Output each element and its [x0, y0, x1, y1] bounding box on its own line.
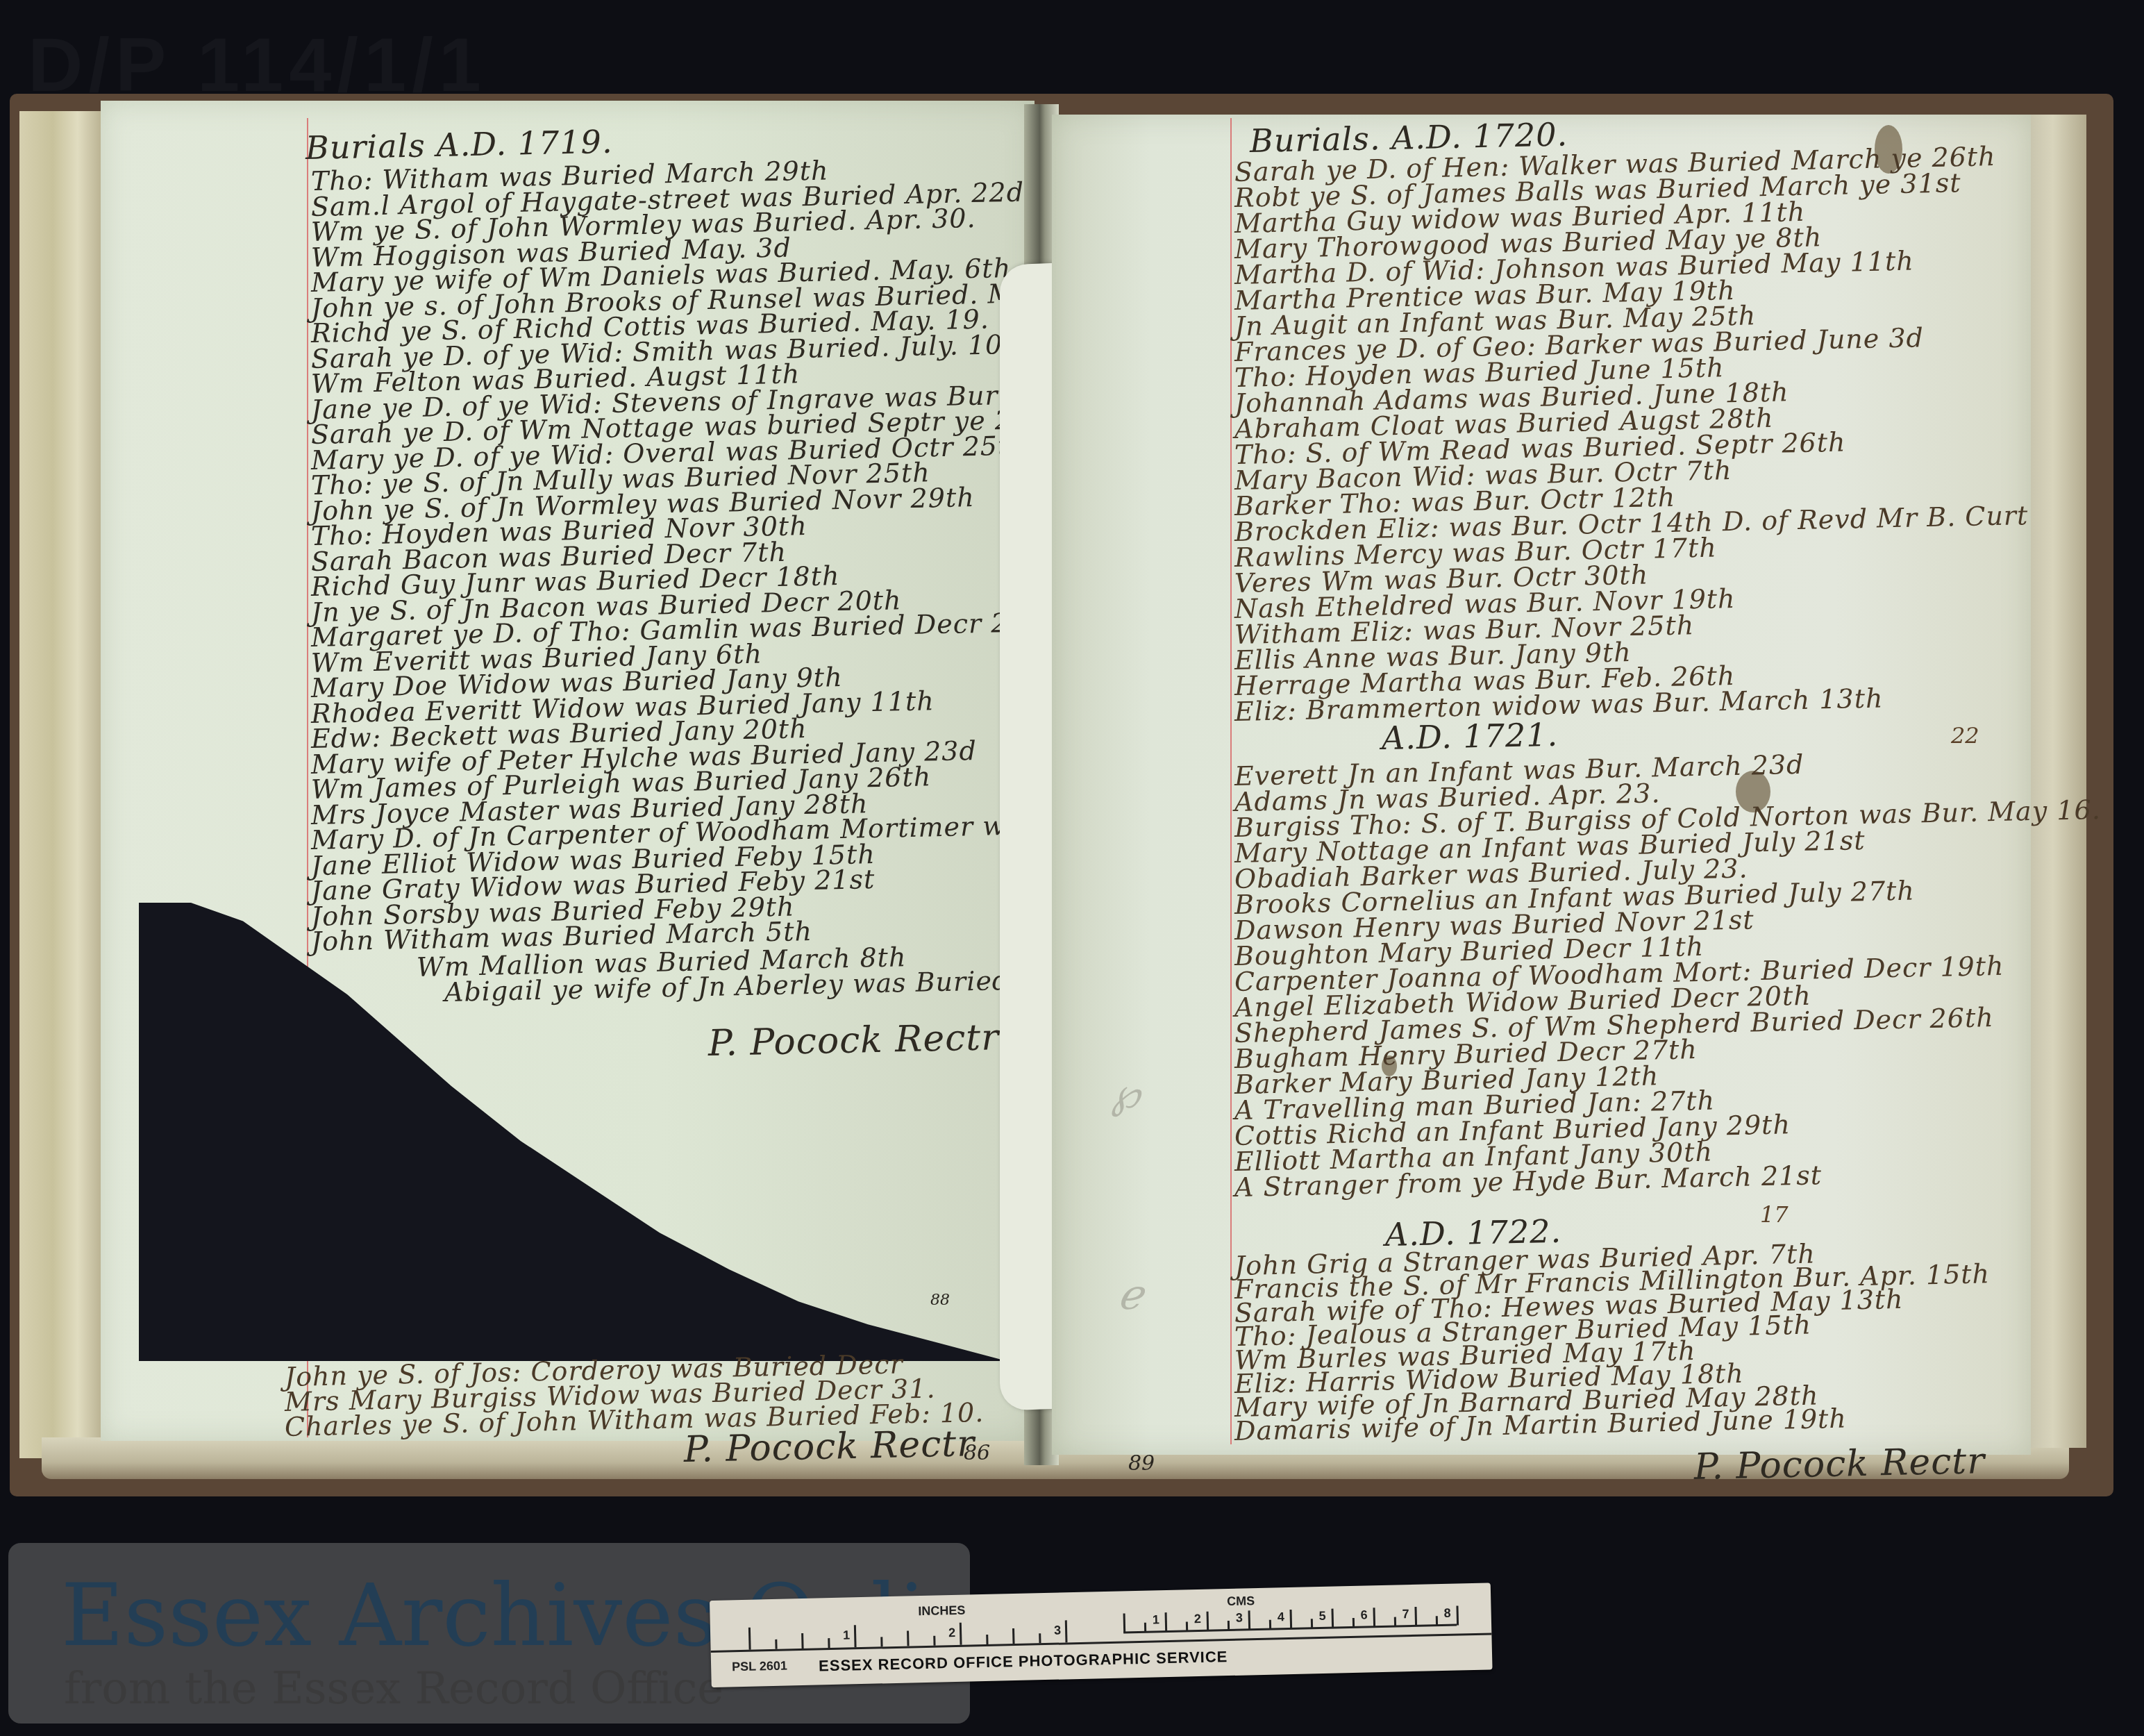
right-signature: P. Pocock Rectr — [1694, 1445, 1986, 1483]
ruler-tick — [854, 1625, 857, 1647]
ruler-tick — [1331, 1609, 1334, 1628]
ruler-cm-number: 7 — [1402, 1607, 1409, 1621]
ruler-tick — [1207, 1612, 1209, 1631]
ruler-tick — [1123, 1613, 1126, 1633]
ruler-tick — [1039, 1633, 1041, 1643]
ruler-cms-label: CMS — [1227, 1594, 1255, 1609]
pencil-flourish-2: ℯ — [1118, 1271, 1143, 1319]
ruler-tick — [933, 1636, 935, 1646]
ruler-tick — [1456, 1606, 1459, 1626]
ruler-tick — [1065, 1620, 1068, 1642]
ruler-tick — [1290, 1610, 1293, 1629]
ruler-tick — [986, 1635, 988, 1644]
page-number-88: 88 — [930, 1292, 950, 1309]
ruler-inches-label: INCHES — [918, 1603, 965, 1619]
tally-1721: 17 — [1760, 1201, 1789, 1228]
ruler-inch-number: 2 — [948, 1626, 955, 1640]
ruler-tick — [801, 1633, 803, 1649]
ruler-tick — [748, 1628, 751, 1650]
page-edges-left — [19, 111, 103, 1458]
left-page-heading: Burials A.D. 1719. — [305, 126, 613, 164]
ruler-tick — [907, 1630, 909, 1646]
ruler-service-label: ESSEX RECORD OFFICE PHOTOGRAPHIC SERVICE — [819, 1648, 1228, 1675]
ruler-cm-number: 6 — [1360, 1608, 1367, 1623]
ruler-cm-number: 8 — [1443, 1606, 1450, 1621]
ruler-cm-number: 2 — [1194, 1612, 1201, 1626]
ruler-code: PSL 2601 — [732, 1658, 787, 1674]
page-number-86: 86 — [964, 1441, 990, 1465]
left-signature: P. Pocock Rectr — [708, 1021, 1000, 1060]
ruler-inch-number: 3 — [1054, 1624, 1061, 1638]
ruler-tick — [1165, 1612, 1168, 1632]
heading-1721: A.D. 1721. — [1382, 719, 1559, 754]
tally-1720: 22 — [1951, 722, 1979, 749]
right-margin-rule — [1230, 118, 1232, 1444]
ruler-tick — [775, 1639, 777, 1649]
pencil-flourish-1: ℘ — [1111, 1069, 1140, 1118]
page-edges-right — [2031, 115, 2086, 1448]
measurement-ruler: INCHES CMS 12312345678 PSL 2601 ESSEX RE… — [710, 1583, 1493, 1687]
watermark-subtitle: from the Essex Record Office — [64, 1663, 723, 1714]
left-lower-signature: P. Pocock Rectr — [684, 1428, 975, 1466]
ruler-cm-number: 1 — [1153, 1612, 1159, 1627]
ruler-tick — [1414, 1607, 1417, 1626]
ruler-tick — [828, 1638, 830, 1648]
page-number-89: 89 — [1128, 1451, 1155, 1476]
ruler-tick — [1373, 1608, 1375, 1627]
ruler-tick — [1248, 1610, 1251, 1630]
ruler-tick — [1012, 1628, 1014, 1644]
ruler-inch-number: 1 — [843, 1628, 850, 1642]
ruler-tick — [880, 1637, 882, 1646]
ruler-cm-number: 3 — [1236, 1611, 1243, 1626]
ruler-cm-number: 5 — [1319, 1609, 1326, 1624]
ruler-tick — [960, 1623, 962, 1645]
ruler-cm-number: 4 — [1278, 1610, 1284, 1624]
